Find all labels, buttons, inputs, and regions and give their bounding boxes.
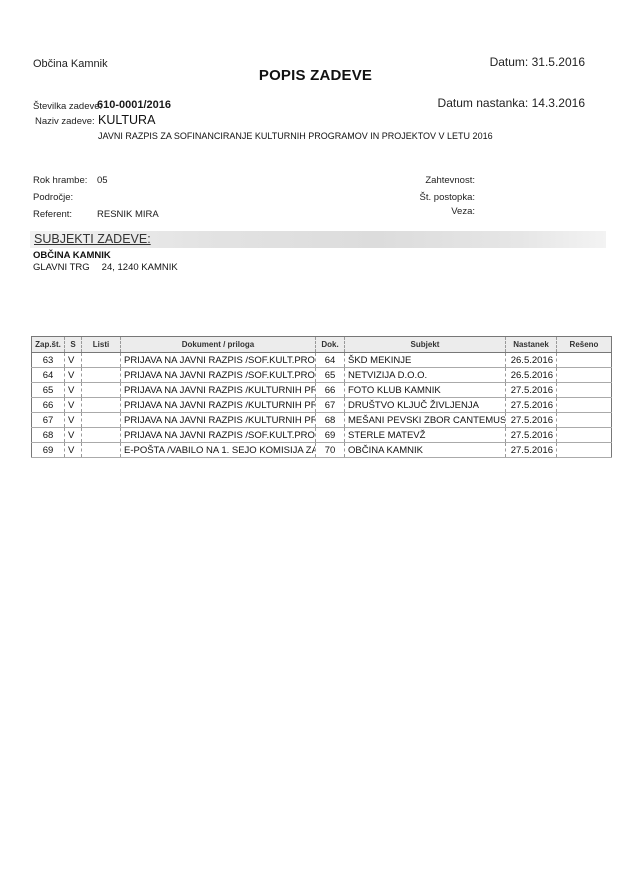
- col-reseno: Rešeno: [557, 337, 612, 353]
- table-row: 65VPRIJAVA NA JAVNI RAZPIS /KULTURNIH PR…: [32, 383, 612, 398]
- row-created: 26.5.2016: [506, 368, 557, 383]
- retention-value: 05: [97, 175, 108, 186]
- row-number: 69: [32, 443, 65, 458]
- row-status: V: [65, 443, 82, 458]
- row-document: PRIJAVA NA JAVNI RAZPIS /SOF.KULT.PROGF: [121, 428, 316, 443]
- documents-table: Zap.št. S Listi Dokument / priloga Dok. …: [31, 336, 612, 458]
- row-subject: NETVIZIJA D.O.O.: [345, 368, 506, 383]
- row-subject: ŠKD MEKINJE: [345, 353, 506, 368]
- row-document: PRIJAVA NA JAVNI RAZPIS /KULTURNIH PRO(: [121, 413, 316, 428]
- row-subject: FOTO KLUB KAMNIK: [345, 383, 506, 398]
- row-resolved: [557, 383, 612, 398]
- row-created: 27.5.2016: [506, 398, 557, 413]
- row-number: 65: [32, 383, 65, 398]
- case-name: KULTURA: [98, 113, 155, 127]
- row-subject: OBČINA KAMNIK: [345, 443, 506, 458]
- row-doc-number: 66: [316, 383, 345, 398]
- row-document: PRIJAVA NA JAVNI RAZPIS /KULTURNIH PRO(: [121, 383, 316, 398]
- row-resolved: [557, 413, 612, 428]
- row-number: 67: [32, 413, 65, 428]
- col-dok: Dok.: [316, 337, 345, 353]
- row-document: PRIJAVA NA JAVNI RAZPIS /KULTURNIH PRO(: [121, 398, 316, 413]
- row-subject: DRUŠTVO KLJUČ ŽIVLJENJA: [345, 398, 506, 413]
- row-sheets: [82, 443, 121, 458]
- table-row: 66VPRIJAVA NA JAVNI RAZPIS /KULTURNIH PR…: [32, 398, 612, 413]
- row-number: 68: [32, 428, 65, 443]
- row-document: PRIJAVA NA JAVNI RAZPIS /SOF.KULT.PROGF: [121, 368, 316, 383]
- col-subjekt: Subjekt: [345, 337, 506, 353]
- row-subject: STERLE MATEVŽ: [345, 428, 506, 443]
- row-created: 27.5.2016: [506, 383, 557, 398]
- row-doc-number: 64: [316, 353, 345, 368]
- row-doc-number: 65: [316, 368, 345, 383]
- retention-label: Rok hrambe:: [33, 175, 87, 186]
- row-number: 63: [32, 353, 65, 368]
- subject-city: 24, 1240 KAMNIK: [102, 262, 178, 273]
- case-number-label: Številka zadeve:: [33, 101, 102, 112]
- row-resolved: [557, 428, 612, 443]
- table-row: 63VPRIJAVA NA JAVNI RAZPIS /SOF.KULT.PRO…: [32, 353, 612, 368]
- row-sheets: [82, 368, 121, 383]
- row-document: PRIJAVA NA JAVNI RAZPIS /SOF.KULT.PROGF: [121, 353, 316, 368]
- col-s: S: [65, 337, 82, 353]
- created-label: Datum nastanka:: [438, 96, 529, 110]
- row-doc-number: 68: [316, 413, 345, 428]
- link-label: Veza:: [451, 206, 475, 217]
- row-status: V: [65, 413, 82, 428]
- table-row: 64VPRIJAVA NA JAVNI RAZPIS /SOF.KULT.PRO…: [32, 368, 612, 383]
- subjects-heading: SUBJEKTI ZADEVE:: [34, 232, 151, 246]
- table-row: 67VPRIJAVA NA JAVNI RAZPIS /KULTURNIH PR…: [32, 413, 612, 428]
- case-description: JAVNI RAZPIS ZA SOFINANCIRANJE KULTURNIH…: [98, 131, 493, 141]
- officer-label: Referent:: [33, 209, 72, 220]
- case-number: 610-0001/2016: [97, 99, 171, 111]
- procedure-label: Št. postopka:: [420, 192, 475, 203]
- row-document: E-POŠTA /VABILO NA 1. SEJO KOMISIJA ZA K…: [121, 443, 316, 458]
- complexity-label: Zahtevnost:: [425, 175, 475, 186]
- table-row: 69VE-POŠTA /VABILO NA 1. SEJO KOMISIJA Z…: [32, 443, 612, 458]
- row-status: V: [65, 383, 82, 398]
- row-resolved: [557, 398, 612, 413]
- row-resolved: [557, 368, 612, 383]
- row-status: V: [65, 368, 82, 383]
- table-row: 68VPRIJAVA NA JAVNI RAZPIS /SOF.KULT.PRO…: [32, 428, 612, 443]
- row-subject: MEŠANI PEVSKI ZBOR CANTEMUS: [345, 413, 506, 428]
- created-value: 14.3.2016: [532, 96, 585, 110]
- case-name-label: Naziv zadeve:: [35, 116, 95, 127]
- col-dokument: Dokument / priloga: [121, 337, 316, 353]
- table-header-row: Zap.št. S Listi Dokument / priloga Dok. …: [32, 337, 612, 353]
- page-title: POPIS ZADEVE: [0, 67, 631, 84]
- created-date: Datum nastanka: 14.3.2016: [438, 96, 585, 110]
- row-resolved: [557, 443, 612, 458]
- row-number: 66: [32, 398, 65, 413]
- row-number: 64: [32, 368, 65, 383]
- subject-name: OBČINA KAMNIK: [33, 250, 111, 261]
- row-status: V: [65, 398, 82, 413]
- row-sheets: [82, 383, 121, 398]
- col-listi: Listi: [82, 337, 121, 353]
- col-zap: Zap.št.: [32, 337, 65, 353]
- row-created: 27.5.2016: [506, 443, 557, 458]
- row-resolved: [557, 353, 612, 368]
- row-created: 27.5.2016: [506, 413, 557, 428]
- subject-street: GLAVNI TRG: [33, 262, 90, 273]
- row-status: V: [65, 353, 82, 368]
- row-created: 27.5.2016: [506, 428, 557, 443]
- row-status: V: [65, 428, 82, 443]
- area-label: Področje:: [33, 192, 73, 203]
- row-doc-number: 67: [316, 398, 345, 413]
- row-doc-number: 69: [316, 428, 345, 443]
- officer-value: RESNIK MIRA: [97, 209, 159, 220]
- row-sheets: [82, 413, 121, 428]
- row-sheets: [82, 428, 121, 443]
- row-doc-number: 70: [316, 443, 345, 458]
- row-created: 26.5.2016: [506, 353, 557, 368]
- row-sheets: [82, 398, 121, 413]
- col-nastanek: Nastanek: [506, 337, 557, 353]
- subject-address: GLAVNI TRG24, 1240 KAMNIK: [33, 262, 190, 273]
- row-sheets: [82, 353, 121, 368]
